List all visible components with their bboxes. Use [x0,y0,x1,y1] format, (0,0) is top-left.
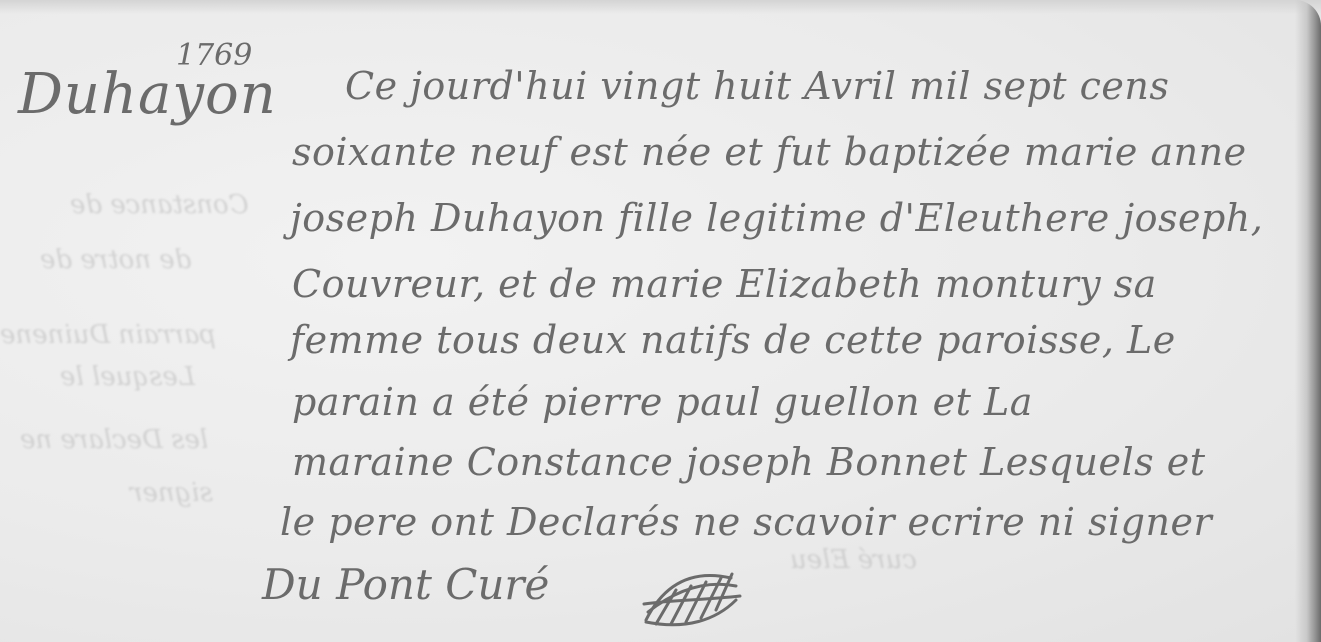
bleed-through-text: Lesquel le [60,362,195,392]
register-page: Constance de de notre de parrain Duinene… [0,0,1321,642]
entry-line-5: femme tous deux natifs de cette paroisse… [290,318,1176,362]
entry-line-8: le pere ont Declarés ne scavoir ecrire n… [280,500,1212,544]
bleed-through-text: les Declare ne [20,425,208,455]
priest-signature: Du Pont Curé [262,560,549,609]
entry-line-1: Ce jourd'hui vingt huit Avril mil sept c… [345,64,1169,108]
signature-paraph-icon [636,560,746,632]
bleed-through-text: de notre de [40,245,191,275]
page-right-edge-shadow [1295,0,1321,642]
bleed-through-text: Constance de [70,190,249,220]
entry-line-7: maraine Constance joseph Bonnet Lesquels… [292,440,1206,484]
bleed-through-text: parrain Duinene [0,320,216,350]
margin-surname: Duhayon [18,62,277,127]
entry-line-2: soixante neuf est née et fut baptizée ma… [292,130,1247,174]
bleed-through-text: curé Eleu [790,545,917,575]
entry-line-6: parain a été pierre paul guellon et La [292,380,1033,424]
bleed-through-text: signer [130,478,213,508]
entry-line-3: joseph Duhayon fille legitime d'Eleuther… [290,196,1263,240]
entry-line-4: Couvreur, et de marie Elizabeth montury … [292,262,1157,306]
page-top-shadow [0,0,1321,14]
